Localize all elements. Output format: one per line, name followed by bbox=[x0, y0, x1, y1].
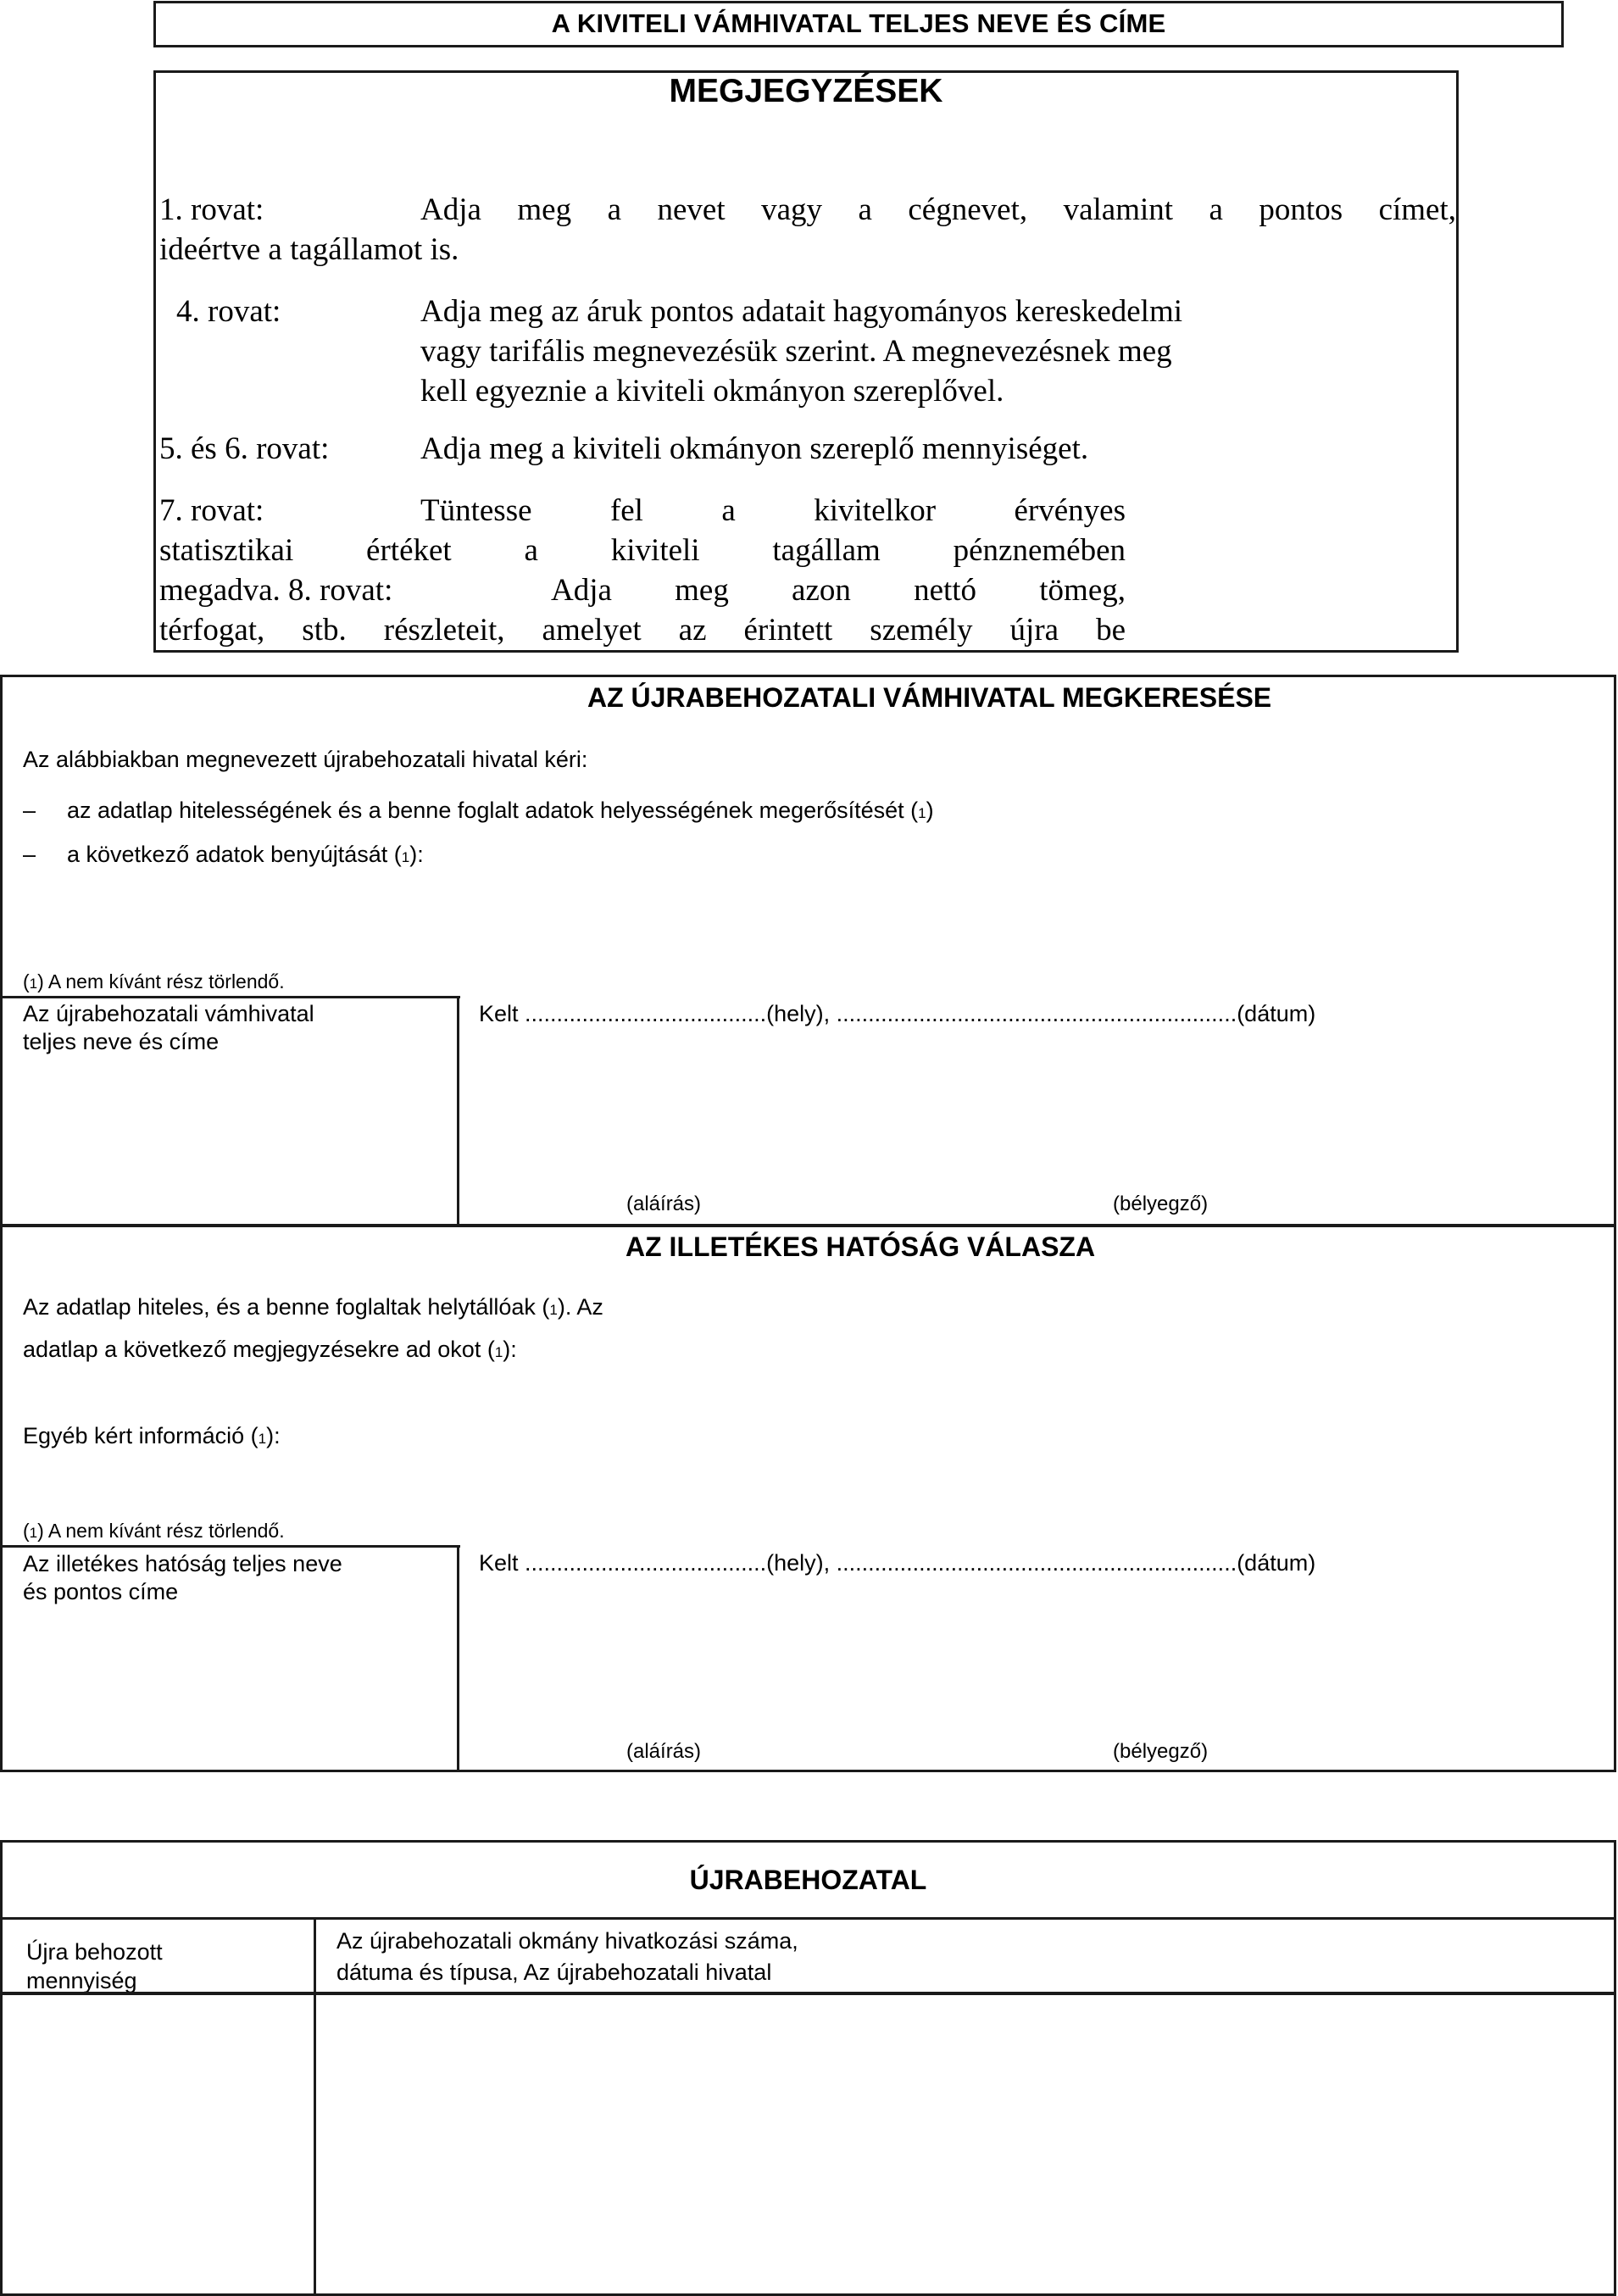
note-text: kell egyeznie a kiviteli okmányon szerep… bbox=[420, 371, 1004, 411]
answer-footnote: (1) A nem kívánt rész törlendő. bbox=[23, 1520, 285, 1543]
note-text: ideértve a tagállamot is. bbox=[159, 230, 459, 270]
note-item-7-8: 7. rovat: Tüntesse fel a kivitelkor érvé… bbox=[159, 491, 1126, 652]
bullet-dash: – bbox=[23, 798, 36, 823]
request-section-title: AZ ÚJRABEHOZATALI VÁMHIVATAL MEGKERESÉSE bbox=[587, 682, 1271, 714]
divider bbox=[457, 996, 459, 1225]
note-text: Adja meg az áruk pontos adatait hagyomán… bbox=[420, 292, 1182, 331]
request-bullet-2: – a következő adatok benyújtását (1): bbox=[23, 842, 36, 868]
bullet-text: a következő adatok benyújtását (1): bbox=[67, 842, 424, 868]
note-text: Adja meg a nevet vagy a cégnevet, valami… bbox=[420, 190, 1456, 230]
request-stamp-label: (bélyegző) bbox=[1113, 1192, 1208, 1216]
note-text: térfogat, stb. részleteit, amelyet az ér… bbox=[159, 610, 1126, 650]
answer-section-title: AZ ILLETÉKES HATÓSÁG VÁLASZA bbox=[626, 1231, 1095, 1263]
note-label: 7. rovat: bbox=[159, 491, 264, 531]
answer-authority-label: Az illetékes hatóság teljes neve és pont… bbox=[23, 1550, 342, 1606]
export-office-title-box: A KIVITELI VÁMHIVATAL TELJES NEVE ÉS CÍM… bbox=[153, 1, 1564, 47]
export-office-title: A KIVITELI VÁMHIVATAL TELJES NEVE ÉS CÍM… bbox=[156, 8, 1561, 39]
answer-other-info: Egyéb kért információ (1): bbox=[23, 1423, 281, 1449]
reimport-title: ÚJRABEHOZATAL bbox=[3, 1865, 1614, 1896]
request-footnote: (1) A nem kívánt rész törlendő. bbox=[23, 970, 285, 993]
note-item-4: 4. rovat: Adja meg az áruk pontos adatai… bbox=[176, 292, 1448, 419]
notes-heading: MEGJEGYZÉSEK bbox=[156, 73, 1456, 110]
note-text: vagy tarifális megnevezésük szerint. A m… bbox=[420, 331, 1172, 371]
divider bbox=[3, 996, 460, 998]
answer-line-2: adatlap a következő megjegyzésekre ad ok… bbox=[23, 1337, 517, 1363]
divider bbox=[457, 1545, 459, 1772]
note-item-5-6: 5. és 6. rovat: Adja meg a kiviteli okmá… bbox=[159, 429, 1431, 471]
request-answer-box: AZ ÚJRABEHOZATALI VÁMHIVATAL MEGKERESÉSE… bbox=[0, 675, 1616, 1772]
answer-signature-label: (aláírás) bbox=[626, 1740, 701, 1764]
answer-line-1: Az adatlap hiteles, és a benne foglaltak… bbox=[23, 1294, 603, 1320]
note-text: statisztikai értéket a kiviteli tagállam… bbox=[159, 531, 1126, 570]
note-text: Tüntesse fel a kivitelkor érvényes bbox=[420, 491, 1126, 531]
note-label: 1. rovat: bbox=[159, 190, 264, 230]
answer-kelt-line[interactable]: Kelt ...................................… bbox=[479, 1550, 1315, 1576]
note-label: 4. rovat: bbox=[176, 292, 281, 331]
request-kelt-line[interactable]: Kelt ...................................… bbox=[479, 1001, 1315, 1027]
bullet-dash: – bbox=[23, 842, 36, 867]
note-label: 5. és 6. rovat: bbox=[159, 429, 329, 469]
reimport-quantity-header: Újra behozott mennyiség bbox=[26, 1937, 163, 1992]
answer-stamp-label: (bélyegző) bbox=[1113, 1740, 1208, 1764]
divider bbox=[3, 1917, 1616, 1920]
reimport-document-header: Az újrabehozatali okmány hivatkozási szá… bbox=[336, 1926, 798, 1988]
request-signature-label: (aláírás) bbox=[626, 1192, 701, 1216]
bullet-text: az adatlap hitelességének és a benne fog… bbox=[67, 798, 934, 824]
reimport-document-field[interactable] bbox=[316, 1995, 1616, 2296]
reimport-quantity-field[interactable] bbox=[3, 1995, 314, 2296]
request-office-label: Az újrabehozatali vámhivatal teljes neve… bbox=[23, 1000, 314, 1056]
reimport-box: ÚJRABEHOZATAL Újra behozott mennyiség Az… bbox=[0, 1840, 1616, 2296]
notes-box: MEGJEGYZÉSEK 1. rovat: Adja meg a nevet … bbox=[153, 70, 1459, 653]
note-text: Adja meg a kiviteli okmányon szereplő me… bbox=[420, 429, 1088, 469]
request-bullet-1: – az adatlap hitelességének és a benne f… bbox=[23, 798, 36, 824]
note-text: Adja meg azon nettó tömeg, bbox=[551, 570, 1126, 610]
request-intro: Az alábbiakban megnevezett újrabehozatal… bbox=[23, 747, 587, 773]
divider bbox=[3, 1545, 460, 1548]
note-item-1: 1. rovat: Adja meg a nevet vagy a cégnev… bbox=[159, 190, 1456, 275]
note-label: megadva. 8. rovat: bbox=[159, 570, 392, 610]
section-divider bbox=[3, 1224, 1616, 1227]
